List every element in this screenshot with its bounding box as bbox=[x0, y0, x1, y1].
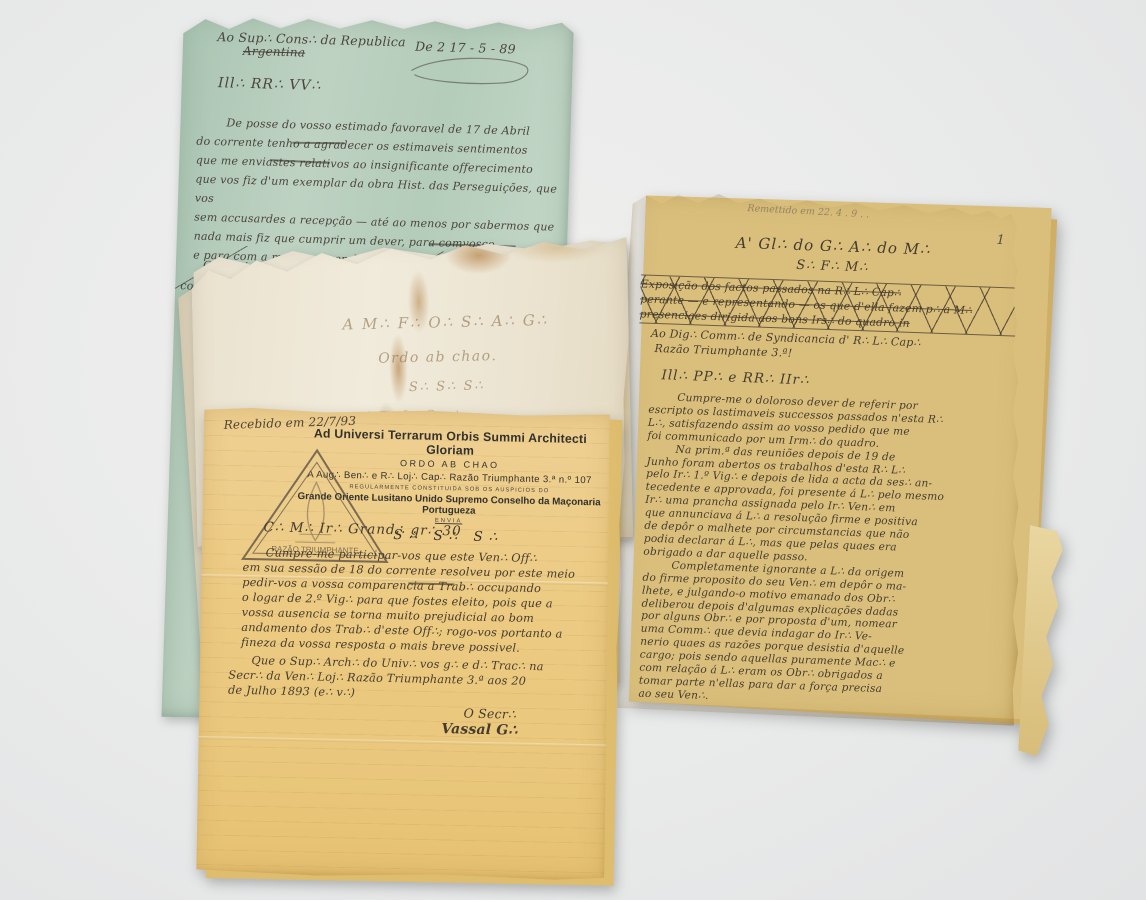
pencil-annotation: Remettido em 22. 4 . 9 . . bbox=[747, 203, 869, 220]
signature-name: Vassal G∴ bbox=[441, 721, 518, 739]
letter-closing: Que o Sup∴ Arch∴ do Univ∴ vos g∴ e d∴ Tr… bbox=[228, 653, 595, 706]
ink-flourish bbox=[406, 52, 537, 90]
masonic-letter-sheet: Recebido em 22/7/93 Ad Universi Terrarum… bbox=[192, 406, 614, 883]
crossed-out-title-block: Exposição dos factos passados na R∴ L∴ C… bbox=[639, 274, 1018, 336]
stained-motto: Ordo ab chao. bbox=[378, 348, 497, 367]
green-salutation: Ill∴ RR∴ VV∴ bbox=[218, 75, 322, 94]
stained-heading: A M∴ F∴ O∴ S∴ A∴ G∴ bbox=[342, 311, 548, 334]
stained-sss: S∴ S∴ S∴ bbox=[409, 378, 485, 395]
notebook-report: Remettido em 22. 4 . 9 . . 1 A' Gl∴ do G… bbox=[626, 186, 1086, 746]
notebook-body: Cumpre-me o doloroso dever de referir po… bbox=[638, 391, 1005, 713]
notebook-salutation: Ill∴ PP∴ e RR∴ IIr∴ bbox=[661, 367, 810, 388]
masonic-letter: Recebido em 22/7/93 Ad Universi Terrarum… bbox=[200, 404, 626, 888]
photo-scene: Ao Sup∴ Cons∴ da Republica Argentina De … bbox=[0, 0, 1146, 900]
notebook-page: Remettido em 22. 4 . 9 . . 1 A' Gl∴ do G… bbox=[612, 190, 1034, 726]
page-number: 1 bbox=[996, 233, 1005, 248]
green-addressee-2: Argentina bbox=[243, 44, 306, 60]
signature-title: O Secr∴ bbox=[463, 706, 516, 722]
letter-body: Cumpre-me participar-vos que este Ven∴ O… bbox=[241, 545, 595, 657]
